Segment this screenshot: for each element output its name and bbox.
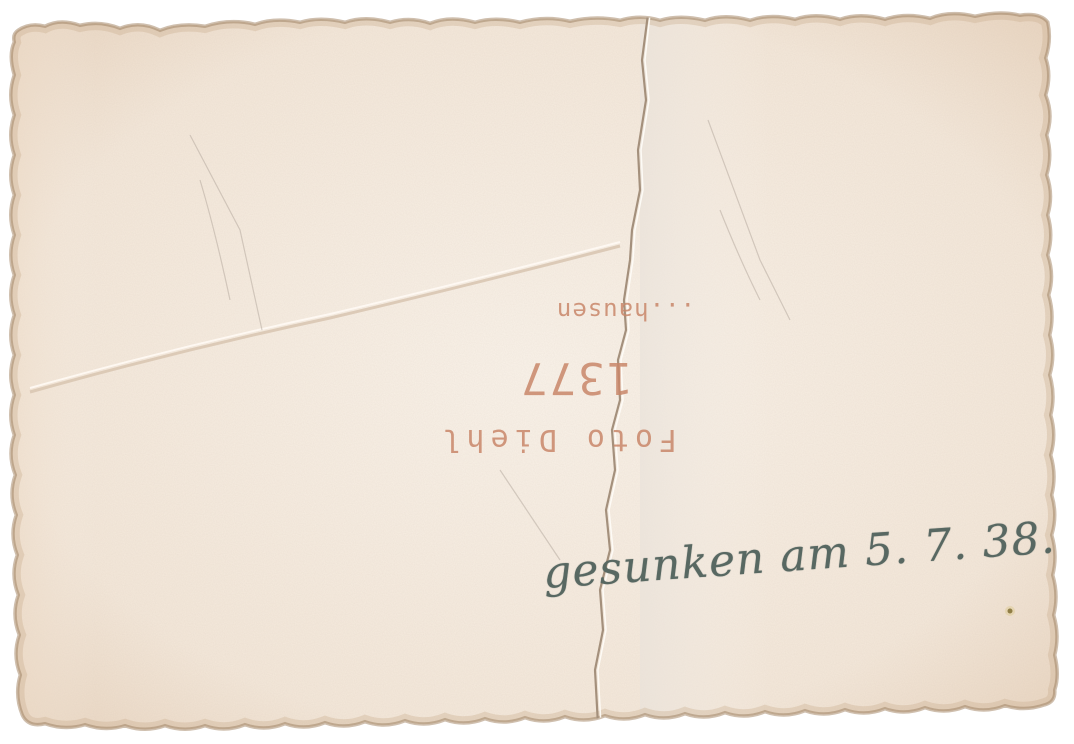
photographer-stamp: Foto Diehl 1377 ...hausen <box>405 285 705 475</box>
stamp-photographer-name: Foto Diehl <box>377 422 677 457</box>
stamp-place: ...hausen <box>395 297 695 325</box>
stamp-number: 1377 <box>333 352 633 403</box>
